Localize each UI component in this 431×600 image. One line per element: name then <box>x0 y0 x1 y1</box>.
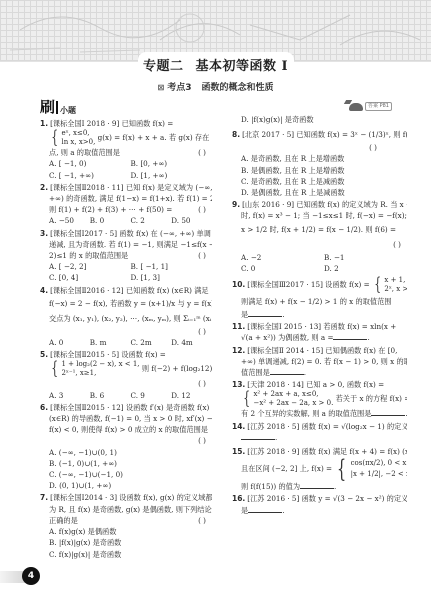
option-c[interactable]: C. 9 <box>131 390 172 401</box>
question-text: 值范围是 <box>241 368 270 377</box>
section-subtitle: ⊠考点3函数的概念和性质 <box>0 80 431 93</box>
question-text: +∞) 的奇函数, 满足 f(1−x) = f(1+x). 若 f(1) = 2… <box>49 194 212 203</box>
case-2: |x + 1/2|, −2 < x≤0, <box>351 469 407 480</box>
question-number: 5. <box>40 350 48 359</box>
option-d[interactable]: D. [1, 3] <box>131 272 213 283</box>
options: A. [ −2, 2] B. [ −1, 1] C. [0, 4] D. [1,… <box>40 261 212 283</box>
option-d[interactable]: D. [1, +∞) <box>131 170 213 181</box>
option-a[interactable]: A. f(x)g(x) 是偶函数 <box>49 526 212 537</box>
question-7-option-d-continued: D. |f(x)g(x)| 是奇函数 <box>232 114 407 125</box>
key-point-number: 考点3 <box>167 83 191 93</box>
question-text: [江苏 2018 · 5] 函数 f(x) = √(log₂x − 1) 的定义… <box>247 422 407 431</box>
piecewise-function: {x² + 2ax + a, x≤0,−x² + 2ax − 2a, x > 0… <box>241 390 333 408</box>
question-text: [课标全国Ⅱ2016 · 12] 已知函数 f(x) (x∈R) 满足 <box>50 286 209 295</box>
question-text: 有 2 个互异的实数解, 则 a 的取值范围是 <box>241 409 371 418</box>
option-b[interactable]: B. 0 <box>90 215 131 226</box>
answer-blank[interactable] <box>248 309 282 317</box>
answer-blank[interactable] <box>241 432 275 440</box>
option-b[interactable]: B. m <box>90 337 131 348</box>
case-2: 2ˣ, x > 0, <box>384 285 407 294</box>
option-c[interactable]: C. 0 <box>241 263 324 274</box>
question-2: 2.[课标全国Ⅱ2018 · 11] 已知 f(x) 是定义域为 (−∞, +∞… <box>40 182 212 227</box>
question-number: 15. <box>232 447 245 456</box>
piecewise-function: {1 + log₂(2 − x), x < 1,2ˣ⁻¹, x≥1, <box>49 360 140 378</box>
case-2: 2ˣ⁻¹, x≥1, <box>61 369 139 378</box>
question-text: [课标全国Ⅰ2014 · 3] 设函数 f(x), g(x) 的定义域都 <box>50 493 212 502</box>
option-d[interactable]: D. 2 <box>324 263 407 274</box>
question-text: 点, 则 a 的取值范围是 <box>49 148 120 157</box>
answer-parenthesis[interactable]: ( ) <box>393 237 401 252</box>
case-1: eˣ, x≤0, <box>61 129 95 138</box>
question-6: 6.[课标全国Ⅱ2015 · 12] 设函数 f′(x) 是奇函数 f(x) (… <box>40 402 212 492</box>
question-text: [山东 2016 · 9] 已知函数 f(x) 的定义域为 R. 当 x < 0 <box>242 200 407 209</box>
options: A. 3 B. 6 C. 9 D. 12 <box>40 390 212 401</box>
question-text: 递减, 且为奇函数. 若 f(1) = −1, 则满足 −1≤f(x − <box>49 240 212 249</box>
option-a[interactable]: A. [ −1, 0) <box>49 158 131 169</box>
answer-blank[interactable] <box>371 408 405 416</box>
answer-parenthesis[interactable]: ( ) <box>198 378 206 389</box>
options: A. 0 B. m C. 2m D. 4m <box>40 337 212 348</box>
question-15: 15.[江苏 2018 · 9] 函数 f(x) 满足 f(x + 4) = f… <box>232 446 407 492</box>
options: A. (−∞, −1)∪(0, 1) B. (−1, 0)∪(1, +∞) C.… <box>40 447 212 492</box>
question-13: 13.[天津 2018 · 14] 已知 a > 0, 函数 f(x) = {x… <box>232 379 407 419</box>
topic-number: 专题二 <box>143 59 184 74</box>
question-number: 11. <box>232 322 245 331</box>
question-text: 若关于 x 的方程 f(x) = ax 恰 <box>336 394 407 403</box>
answer-parenthesis[interactable]: ( ) <box>198 435 206 446</box>
option-d[interactable]: D. 50 <box>171 215 212 226</box>
section-label-small: 小题 <box>60 105 76 115</box>
question-14: 14.[江苏 2018 · 5] 函数 f(x) = √(log₂x − 1) … <box>232 421 407 443</box>
question-number: 10. <box>232 280 245 289</box>
question-number: 9. <box>232 200 240 209</box>
option-d[interactable]: D. 4m <box>171 337 212 348</box>
question-9: 9.[山东 2016 · 9] 已知函数 f(x) 的定义域为 R. 当 x <… <box>232 199 407 274</box>
question-text: 为 R, 且 f(x) 是奇函数, g(x) 是偶函数, 则下列结论中 <box>49 505 212 514</box>
case-1: x + 1, x≤0, <box>384 276 407 285</box>
case-1: x² + 2ax + a, x≤0, <box>253 390 333 399</box>
options: A. −2 B. −1 C. 0 D. 2 <box>232 252 407 274</box>
option-c[interactable]: C. 是奇函数, 且在 R 上是减函数 <box>241 176 407 187</box>
question-8: 8.[北京 2017 · 5] 已知函数 f(x) = 3ˣ − (1/3)ˣ,… <box>232 128 407 198</box>
option-a[interactable]: A. 3 <box>49 390 90 401</box>
answer-parenthesis[interactable]: ( ) <box>198 515 206 526</box>
question-text: (x∈R) 的导函数, f(−1) = 0, 当 x > 0 时, xf′(x)… <box>49 414 212 423</box>
option-d[interactable]: D. |f(x)g(x)| 是奇函数 <box>241 114 407 125</box>
section-label: 刷 小题 <box>40 100 76 115</box>
answer-page-ref: 答案 P81 <box>365 102 392 111</box>
question-text: [北京 2017 · 5] 已知函数 f(x) = 3ˣ − (1/3)ˣ, 则… <box>242 130 407 139</box>
question-number: 4. <box>40 286 48 295</box>
option-d[interactable]: D. (0, 1)∪(1, +∞) <box>49 480 212 491</box>
question-text: [天津 2018 · 14] 已知 a > 0, 函数 f(x) = <box>247 380 384 389</box>
answer-page-badge: 答案 P81 <box>349 102 392 111</box>
option-a[interactable]: A. (−∞, −1)∪(0, 1) <box>49 447 212 458</box>
question-4: 4.[课标全国Ⅱ2016 · 12] 已知函数 f(x) (x∈R) 满足 f(… <box>40 285 212 349</box>
question-text: 正确的是 <box>49 516 78 525</box>
question-text: [课标全国Ⅰ 2015 · 13] 若函数 f(x) = xln(x + <box>247 322 396 331</box>
question-text: 且在区间 (−2, 2] 上, f(x) = <box>241 464 332 473</box>
option-c[interactable]: C. 2 <box>131 215 172 226</box>
cloud-icon <box>349 103 363 111</box>
question-text: 则满足 f(x) + f(x − 1/2) > 1 的 x 的取值范围 <box>241 297 391 306</box>
option-b[interactable]: B. −1 <box>324 252 407 263</box>
case-2: −x² + 2ax − 2a, x > 0. <box>253 399 333 408</box>
option-c[interactable]: C. 2m <box>131 337 172 348</box>
option-c[interactable]: C. (−∞, −1)∪(−1, 0) <box>49 469 212 480</box>
key-point-icon: ⊠ <box>158 83 165 92</box>
question-10: 10.[课标全国Ⅲ2017 · 15] 设函数 f(x) = {x + 1, x… <box>232 276 407 320</box>
options: A. 是奇函数, 且在 R 上是增函数 B. 是偶函数, 且在 R 上是增函数 … <box>232 153 407 198</box>
options: A. f(x)g(x) 是偶函数 B. |f(x)|g(x) 是奇函数 C. f… <box>40 526 212 560</box>
option-b[interactable]: B. |f(x)|g(x) 是奇函数 <box>49 537 212 548</box>
option-c[interactable]: C. f(x)|g(x)| 是奇函数 <box>49 549 212 560</box>
question-12: 12.[课标全国Ⅱ 2014 · 15] 已知偶函数 f(x) 在 [0, +∞… <box>232 345 407 379</box>
option-a[interactable]: A. −50 <box>49 215 90 226</box>
question-text: +∞) 单调递减, f(2) = 0. 若 f(x − 1) > 0, 则 x … <box>241 357 407 366</box>
question-text: [江苏 2016 · 5] 函数 y = √(3 − 2x − x²) 的定义域 <box>247 494 407 503</box>
question-text: 时, f(x) = x³ − 1; 当 −1≤x≤1 时, f(−x) = −f… <box>241 211 407 220</box>
question-number: 7. <box>40 493 48 502</box>
right-column: D. |f(x)g(x)| 是奇函数 8.[北京 2017 · 5] 已知函数 … <box>232 114 407 517</box>
question-text: 则 f(f(15)) 的值为 <box>241 482 300 491</box>
question-text: [课标全国Ⅰ2017 · 5] 函数 f(x) 在 (−∞, +∞) 单调 <box>50 229 211 238</box>
answer-parenthesis[interactable]: ( ) <box>198 250 206 261</box>
question-text: [课标全国Ⅱ2015 · 12] 设函数 f′(x) 是奇函数 f(x) <box>50 403 209 412</box>
question-text: 交点为 (x₁, y₁), (x₂, y₂), ⋯, (xₘ, yₘ), 则 Σ… <box>49 314 212 323</box>
answer-blank[interactable] <box>333 332 367 340</box>
question-number: 8. <box>232 130 240 139</box>
question-text: f(−x) = 2 − f(x), 若函数 y = (x+1)/x 与 y = … <box>49 299 212 308</box>
question-text: 是 <box>241 506 248 515</box>
question-text: [课标全国Ⅱ2015 · 5] 设函数 f(x) = <box>50 350 166 359</box>
case-1: 1 + log₂(2 − x), x < 1, <box>61 360 139 369</box>
question-text: 则 f(−2) + f(log₂12) = <box>142 364 212 373</box>
question-3: 3.[课标全国Ⅰ2017 · 5] 函数 f(x) 在 (−∞, +∞) 单调 … <box>40 228 212 284</box>
question-text: [课标全国Ⅰ 2018 · 9] 已知函数 f(x) = <box>50 119 173 128</box>
case-1: cos(πx/2), 0 < x≤2, <box>351 458 407 469</box>
question-text: 2)≤1 的 x 的取值范围是 <box>49 251 128 260</box>
question-number: 14. <box>232 422 245 431</box>
question-text: [江苏 2018 · 9] 函数 f(x) 满足 f(x + 4) = f(x)… <box>247 447 407 456</box>
option-b[interactable]: B. 6 <box>90 390 131 401</box>
option-a[interactable]: A. −2 <box>241 252 324 263</box>
question-16: 16.[江苏 2016 · 5] 函数 y = √(3 − 2x − x²) 的… <box>232 493 407 515</box>
answer-blank[interactable] <box>248 505 282 513</box>
option-a[interactable]: A. [ −2, 2] <box>49 261 131 272</box>
page-number: 4 <box>22 567 40 585</box>
question-number: 2. <box>40 183 48 192</box>
option-b[interactable]: B. (−1, 0)∪(1, +∞) <box>49 458 212 469</box>
piecewise-function: {x + 1, x≤0,2ˣ, x > 0, <box>372 276 407 294</box>
piecewise-function: {eˣ, x≤0,ln x, x>0, <box>49 129 95 147</box>
left-column: 1.[课标全国Ⅰ 2018 · 9] 已知函数 f(x) = {eˣ, x≤0,… <box>40 118 212 561</box>
question-text: 是 <box>241 310 248 319</box>
option-d[interactable]: D. 12 <box>171 390 212 401</box>
option-d[interactable]: D. 是偶函数, 且在 R 上是减函数 <box>241 187 407 198</box>
option-a[interactable]: A. 0 <box>49 337 90 348</box>
question-text: 则 f(1) + f(2) + f(3) + ⋯ + f(50) = <box>49 205 172 214</box>
option-c[interactable]: C. [ −1, +∞) <box>49 170 131 181</box>
question-7: 7.[课标全国Ⅰ2014 · 3] 设函数 f(x), g(x) 的定义域都 为… <box>40 492 212 559</box>
piecewise-function: {cos(πx/2), 0 < x≤2,|x + 1/2|, −2 < x≤0, <box>334 458 407 480</box>
question-number: 16. <box>232 494 245 503</box>
question-number: 12. <box>232 346 245 355</box>
options: A. −50 B. 0 C. 2 D. 50 <box>40 215 212 226</box>
question-5: 5.[课标全国Ⅱ2015 · 5] 设函数 f(x) = {1 + log₂(2… <box>40 349 212 401</box>
option-b[interactable]: B. [0, +∞) <box>131 158 213 169</box>
question-text: [课标全国Ⅲ2017 · 15] 设函数 f(x) = <box>247 280 369 289</box>
question-number: 6. <box>40 403 48 412</box>
answer-parenthesis[interactable]: ( ) <box>198 147 206 158</box>
question-text: [课标全国Ⅱ2018 · 11] 已知 f(x) 是定义域为 (−∞, <box>50 183 212 192</box>
question-number: 3. <box>40 229 48 238</box>
answer-blank[interactable] <box>270 367 304 375</box>
options: A. [ −1, 0) B. [0, +∞) C. [ −1, +∞) D. [… <box>40 158 212 180</box>
question-text: x > 1/2 时, f(x + 1/2) = f(x − 1/2). 则 f(… <box>241 225 396 234</box>
answer-blank[interactable] <box>300 481 334 489</box>
option-c[interactable]: C. [0, 4] <box>49 272 131 283</box>
section-divider <box>56 101 58 114</box>
option-b[interactable]: B. 是偶函数, 且在 R 上是增函数 <box>241 165 407 176</box>
section-label-big: 刷 <box>40 100 55 115</box>
question-number: 1. <box>40 119 48 128</box>
case-2: ln x, x>0, <box>61 138 95 147</box>
question-11: 11.[课标全国Ⅰ 2015 · 13] 若函数 f(x) = xln(x + … <box>232 321 407 343</box>
question-text: g(x) = f(x) + x + a. 若 g(x) 存在 2 个零 <box>98 133 212 142</box>
question-text: √(a + x²)) 为偶函数, 则 a = <box>241 333 333 342</box>
answer-parenthesis[interactable]: ( ) <box>369 142 377 153</box>
answer-parenthesis[interactable]: ( ) <box>198 326 206 337</box>
option-b[interactable]: B. [ −1, 1] <box>131 261 213 272</box>
topic-name: 基本初等函数 I <box>195 59 288 74</box>
question-text: f(x) < 0, 则使得 f(x) > 0 成立的 x 的取值范围是 <box>49 425 208 434</box>
key-point-title: 函数的概念和性质 <box>201 83 273 93</box>
answer-parenthesis[interactable]: ( ) <box>198 204 206 215</box>
question-1: 1.[课标全国Ⅰ 2018 · 9] 已知函数 f(x) = {eˣ, x≤0,… <box>40 118 212 181</box>
page-title: 专题二基本初等函数 I <box>0 55 431 74</box>
question-text: [课标全国Ⅱ 2014 · 15] 已知偶函数 f(x) 在 [0, <box>247 346 397 355</box>
option-a[interactable]: A. 是奇函数, 且在 R 上是增函数 <box>241 153 407 164</box>
question-number: 13. <box>232 380 245 389</box>
